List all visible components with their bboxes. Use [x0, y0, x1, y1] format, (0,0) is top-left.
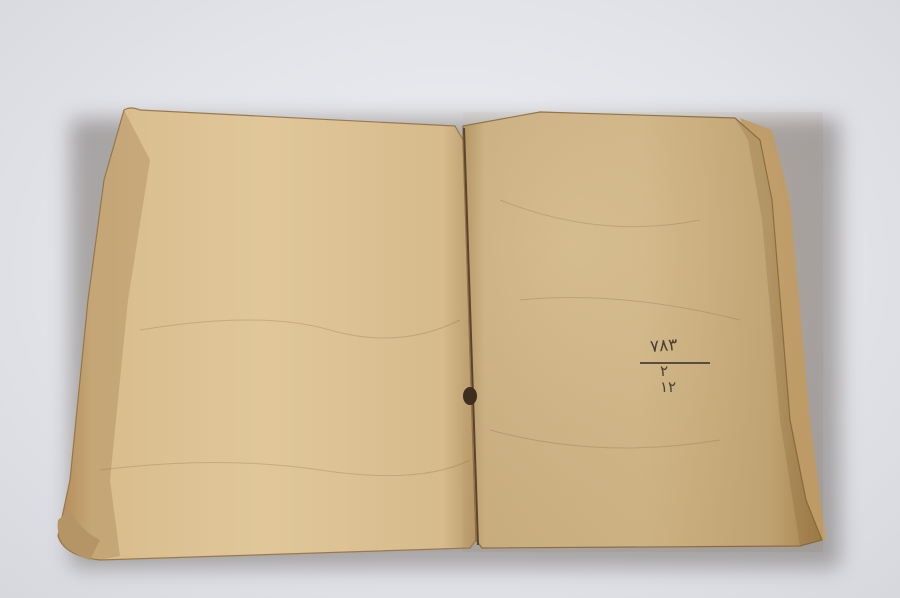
note-fraction-line: [640, 362, 710, 364]
open-book: [0, 0, 900, 598]
note-numerator: ٧٨٣: [649, 335, 678, 357]
page-texture: [463, 112, 823, 552]
note-line-three: ١٢: [660, 378, 676, 396]
handwritten-note: ٧٨٣ ٢ ١٢: [640, 336, 720, 396]
binding-staple: [463, 387, 477, 405]
